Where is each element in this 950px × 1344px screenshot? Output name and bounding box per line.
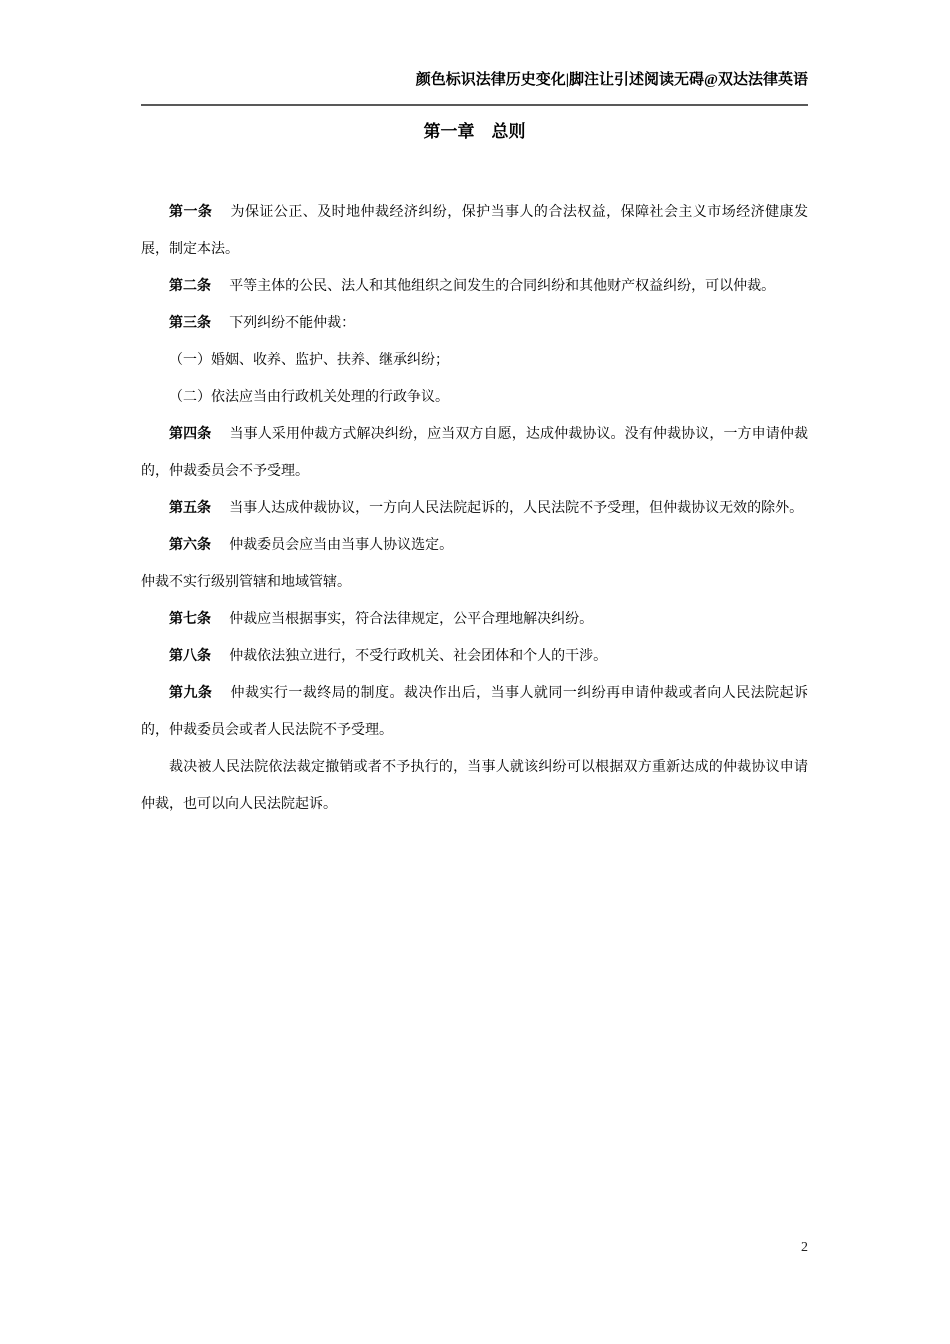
law-paragraph: 第三条下列纠纷不能仲裁：: [141, 305, 808, 342]
article-text: 裁决被人民法院依法裁定撤销或者不予执行的，当事人就该纠纷可以根据双方重新达成的仲…: [141, 760, 808, 812]
law-paragraph: 裁决被人民法院依法裁定撤销或者不予执行的，当事人就该纠纷可以根据双方重新达成的仲…: [141, 749, 808, 823]
article-label: 第八条: [169, 649, 211, 664]
law-paragraph: （二）依法应当由行政机关处理的行政争议。: [141, 379, 808, 416]
article-text: 平等主体的公民、法人和其他组织之间发生的合同纠纷和其他财产权益纠纷，可以仲裁。: [229, 279, 775, 294]
article-label: 第七条: [169, 612, 211, 627]
document-page: 颜色标识法律历史变化|脚注让引述阅读无碍@双达法律英语 第一章总则 第一条为保证…: [0, 0, 950, 1344]
law-paragraph: 第一条为保证公正、及时地仲裁经济纠纷，保护当事人的合法权益，保障社会主义市场经济…: [141, 194, 808, 268]
article-label: 第五条: [169, 501, 211, 516]
article-text: 下列纠纷不能仲裁：: [229, 316, 355, 331]
law-paragraph: （一）婚姻、收养、监护、扶养、继承纠纷；: [141, 342, 808, 379]
article-text: 为保证公正、及时地仲裁经济纠纷，保护当事人的合法权益，保障社会主义市场经济健康发…: [141, 205, 808, 257]
article-text: 当事人采用仲裁方式解决纠纷，应当双方自愿，达成仲裁协议。没有仲裁协议，一方申请仲…: [141, 427, 808, 479]
article-text: 仲裁应当根据事实，符合法律规定，公平合理地解决纠纷。: [229, 612, 593, 627]
law-paragraph: 第四条当事人采用仲裁方式解决纠纷，应当双方自愿，达成仲裁协议。没有仲裁协议，一方…: [141, 416, 808, 490]
page-header: 颜色标识法律历史变化|脚注让引述阅读无碍@双达法律英语: [141, 70, 808, 106]
article-label: 第四条: [169, 427, 211, 442]
article-text: 当事人达成仲裁协议，一方向人民法院起诉的，人民法院不予受理，但仲裁协议无效的除外…: [229, 501, 803, 516]
law-paragraph: 第二条平等主体的公民、法人和其他组织之间发生的合同纠纷和其他财产权益纠纷，可以仲…: [141, 268, 808, 305]
chapter-name: 总则: [492, 122, 526, 141]
article-text: 仲裁委员会应当由当事人协议选定。: [229, 538, 453, 553]
article-text: （一）婚姻、收养、监护、扶养、继承纠纷；: [169, 353, 449, 368]
header-watermark-text: 颜色标识法律历史变化|脚注让引述阅读无碍@双达法律英语: [416, 72, 808, 88]
law-paragraph: 仲裁不实行级别管辖和地域管辖。: [141, 564, 808, 601]
law-paragraph: 第五条当事人达成仲裁协议，一方向人民法院起诉的，人民法院不予受理，但仲裁协议无效…: [141, 490, 808, 527]
chapter-title: 第一章总则: [141, 121, 808, 143]
article-label: 第一条: [169, 205, 212, 220]
document-body: 第一条为保证公正、及时地仲裁经济纠纷，保护当事人的合法权益，保障社会主义市场经济…: [141, 194, 808, 823]
article-label: 第九条: [169, 686, 212, 701]
article-label: 第六条: [169, 538, 211, 553]
chapter-number: 第一章: [424, 122, 475, 141]
page-number: 2: [801, 1240, 808, 1255]
law-paragraph: 第八条仲裁依法独立进行，不受行政机关、社会团体和个人的干涉。: [141, 638, 808, 675]
law-paragraph: 第七条仲裁应当根据事实，符合法律规定，公平合理地解决纠纷。: [141, 601, 808, 638]
article-text: 仲裁实行一裁终局的制度。裁决作出后，当事人就同一纠纷再申请仲裁或者向人民法院起诉…: [141, 686, 808, 738]
article-label: 第三条: [169, 316, 211, 331]
article-text: 仲裁不实行级别管辖和地域管辖。: [141, 575, 351, 590]
article-text: （二）依法应当由行政机关处理的行政争议。: [169, 390, 449, 405]
article-label: 第二条: [169, 279, 211, 294]
law-paragraph: 第九条仲裁实行一裁终局的制度。裁决作出后，当事人就同一纠纷再申请仲裁或者向人民法…: [141, 675, 808, 749]
article-text: 仲裁依法独立进行，不受行政机关、社会团体和个人的干涉。: [229, 649, 607, 664]
page-footer: 2: [141, 1239, 808, 1257]
law-paragraph: 第六条仲裁委员会应当由当事人协议选定。: [141, 527, 808, 564]
